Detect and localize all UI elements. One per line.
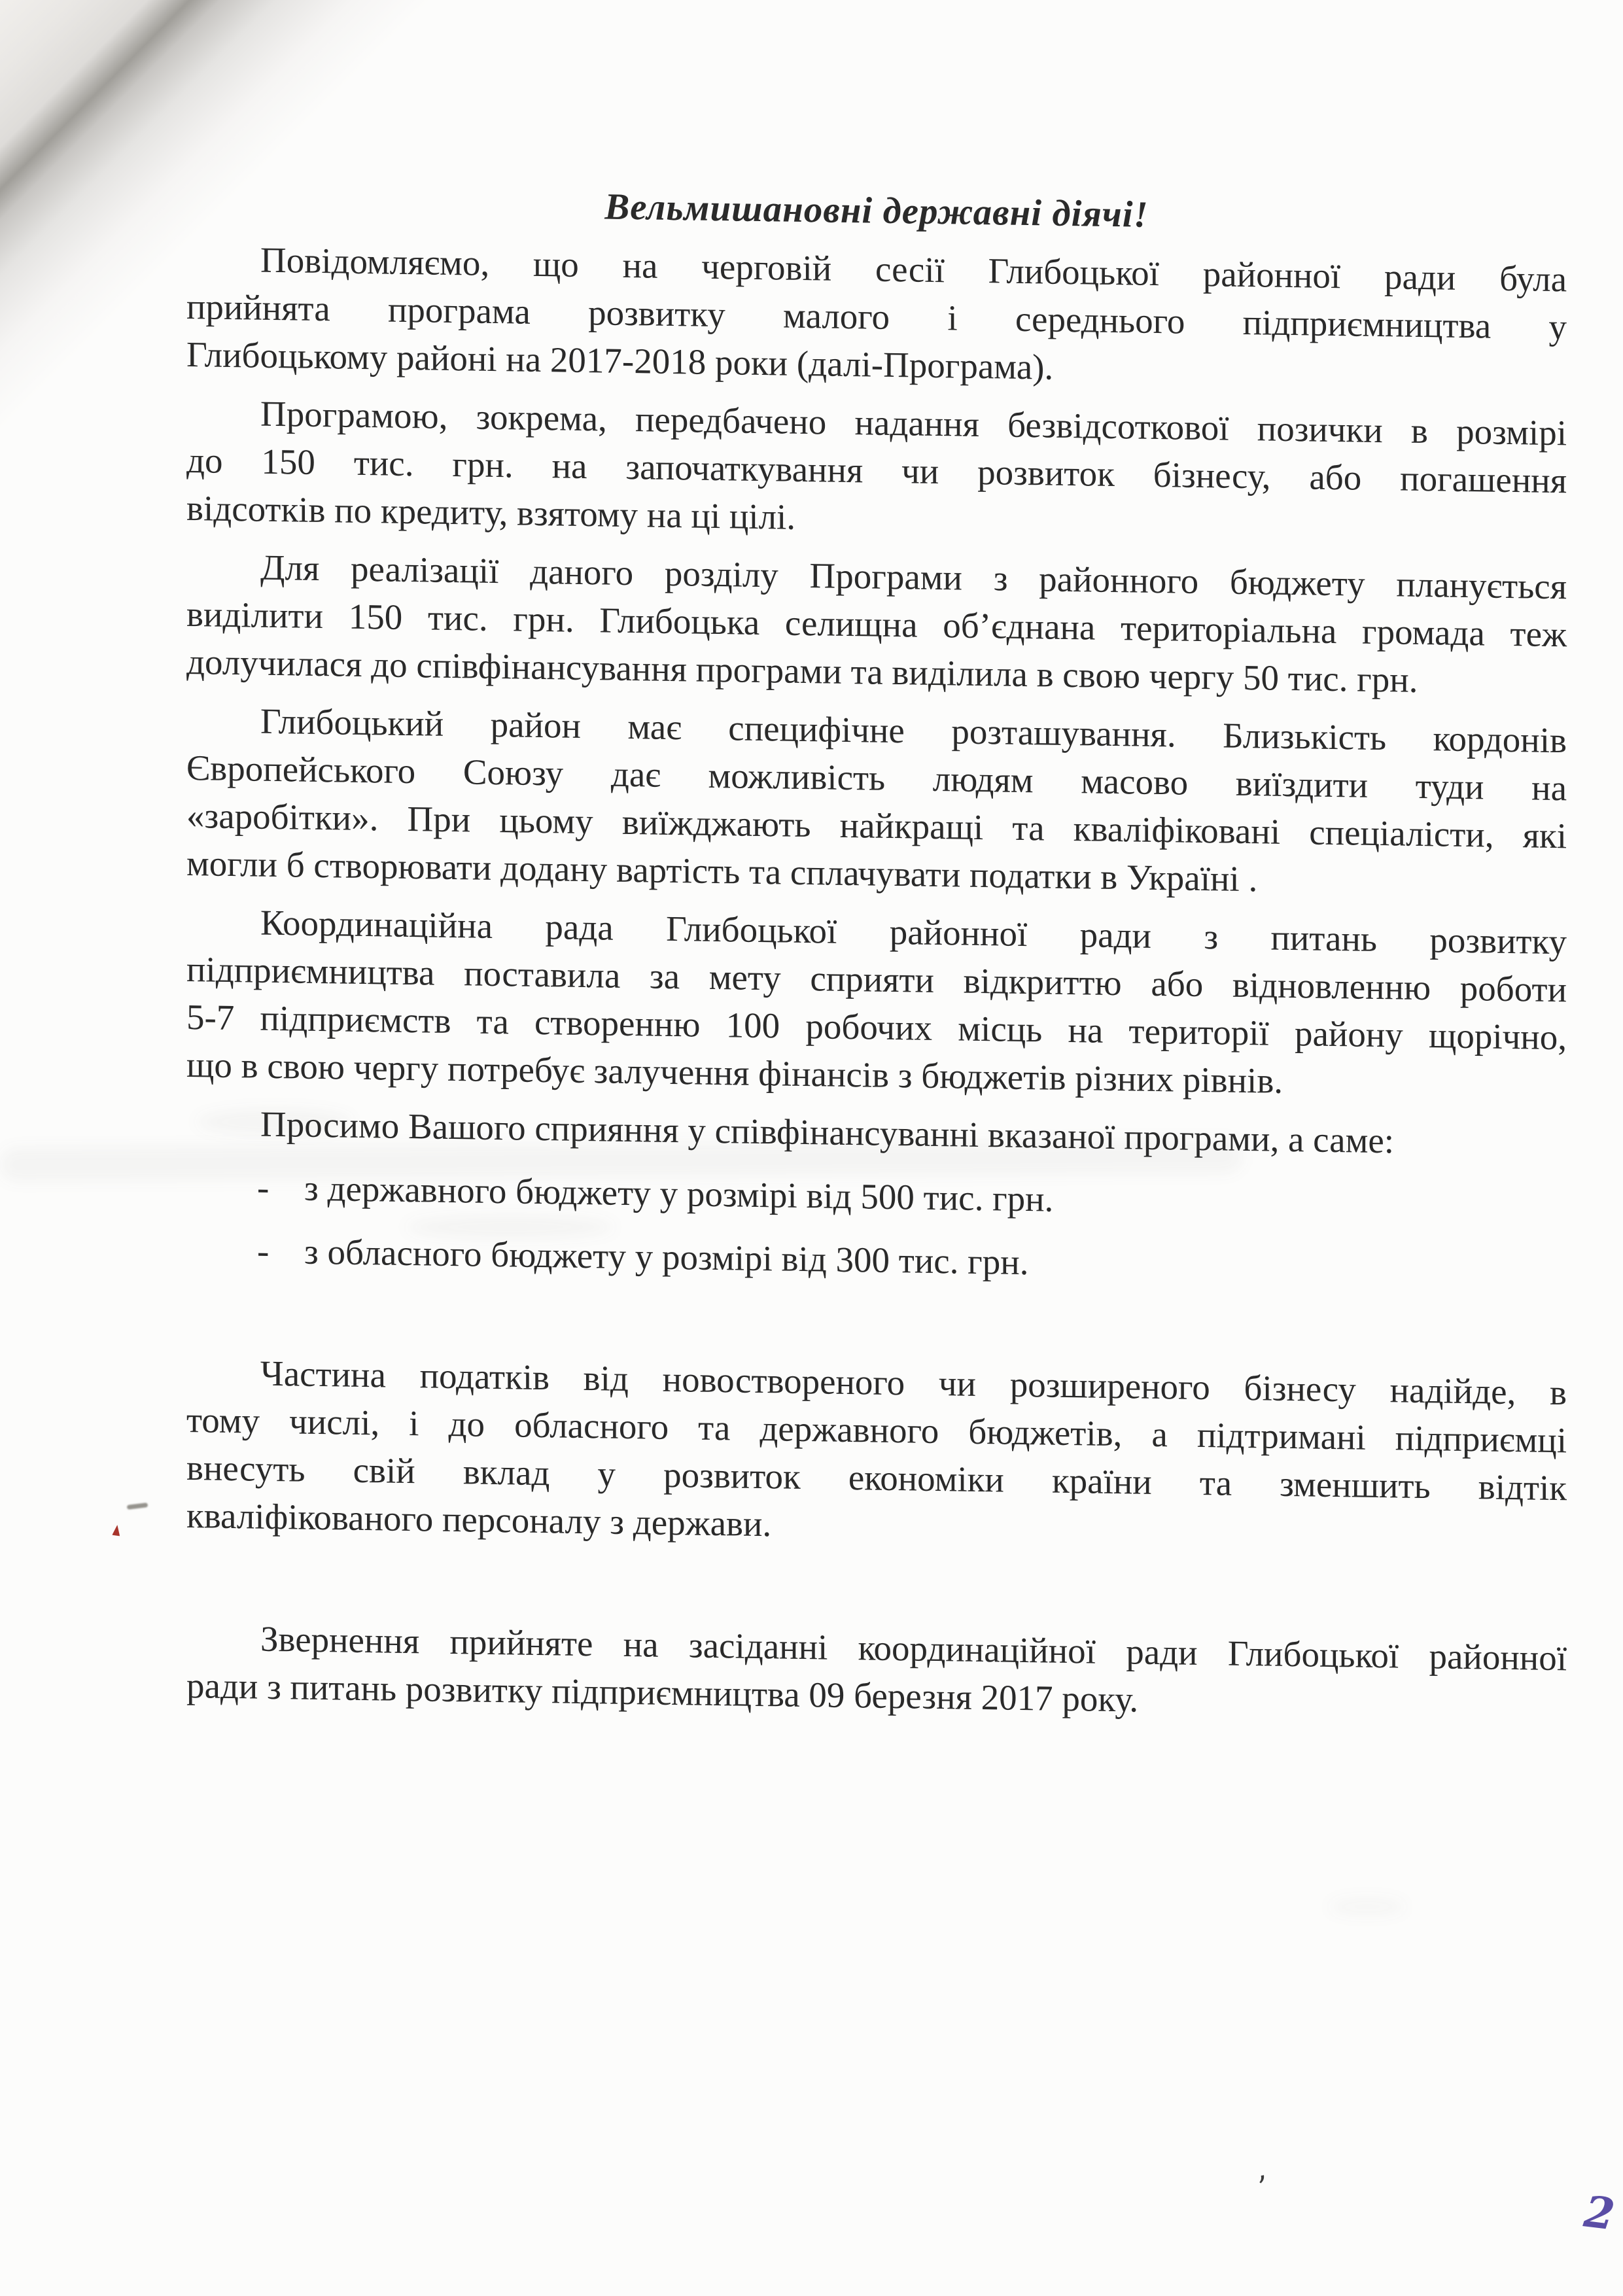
handwritten-page-number: 2 (1581, 2185, 1617, 2240)
list-item-marker: - (257, 1227, 304, 1276)
paragraph: Просимо Вашого сприяння у співфінансуван… (186, 1099, 1567, 1167)
red-ink-speck (112, 1525, 120, 1537)
letter-salutation-title: Вельмишановні державні діячі! (186, 177, 1567, 245)
list-item: -з обласного бюджету у розмірі від 300 т… (186, 1226, 1567, 1294)
list-item-marker: - (257, 1164, 304, 1212)
paragraph: Повідомляємо, що на черговій сесії Глибо… (186, 235, 1567, 398)
document-blocks: Повідомляємо, що на черговій сесії Глибо… (186, 235, 1567, 1730)
list-item: -з державного бюджету у розмірі від 500 … (186, 1162, 1567, 1230)
paragraph: Програмою, зокрема, передбачено надання … (186, 389, 1567, 552)
pencil-dash-mark (127, 1503, 148, 1510)
stray-ink-mark: , (1253, 2150, 1268, 2187)
scan-smudge (1328, 1897, 1406, 1917)
paragraph: Частина податків від новоствореного чи р… (186, 1348, 1567, 1559)
list-item-text: з державного бюджету у розмірі від 500 т… (304, 1164, 1053, 1223)
paragraph: Для реалізації даного розділу Програми з… (186, 542, 1567, 706)
paragraph: Координаційна рада Глибоцької районної р… (186, 897, 1567, 1109)
scanned-letter-page: Вельмишановні державні діячі! Повідомляє… (0, 0, 1623, 2296)
paragraph: Глибоцький район має специфічне розташув… (186, 696, 1567, 907)
letter-body: Вельмишановні державні діячі! Повідомляє… (186, 0, 1567, 1730)
list-item-text: з обласного бюджету у розмірі від 300 ти… (304, 1228, 1028, 1286)
text-line: Просимо Вашого сприяння у співфінансуван… (186, 1099, 1567, 1167)
paragraph: Звернення прийняте на засіданні координа… (186, 1614, 1567, 1730)
